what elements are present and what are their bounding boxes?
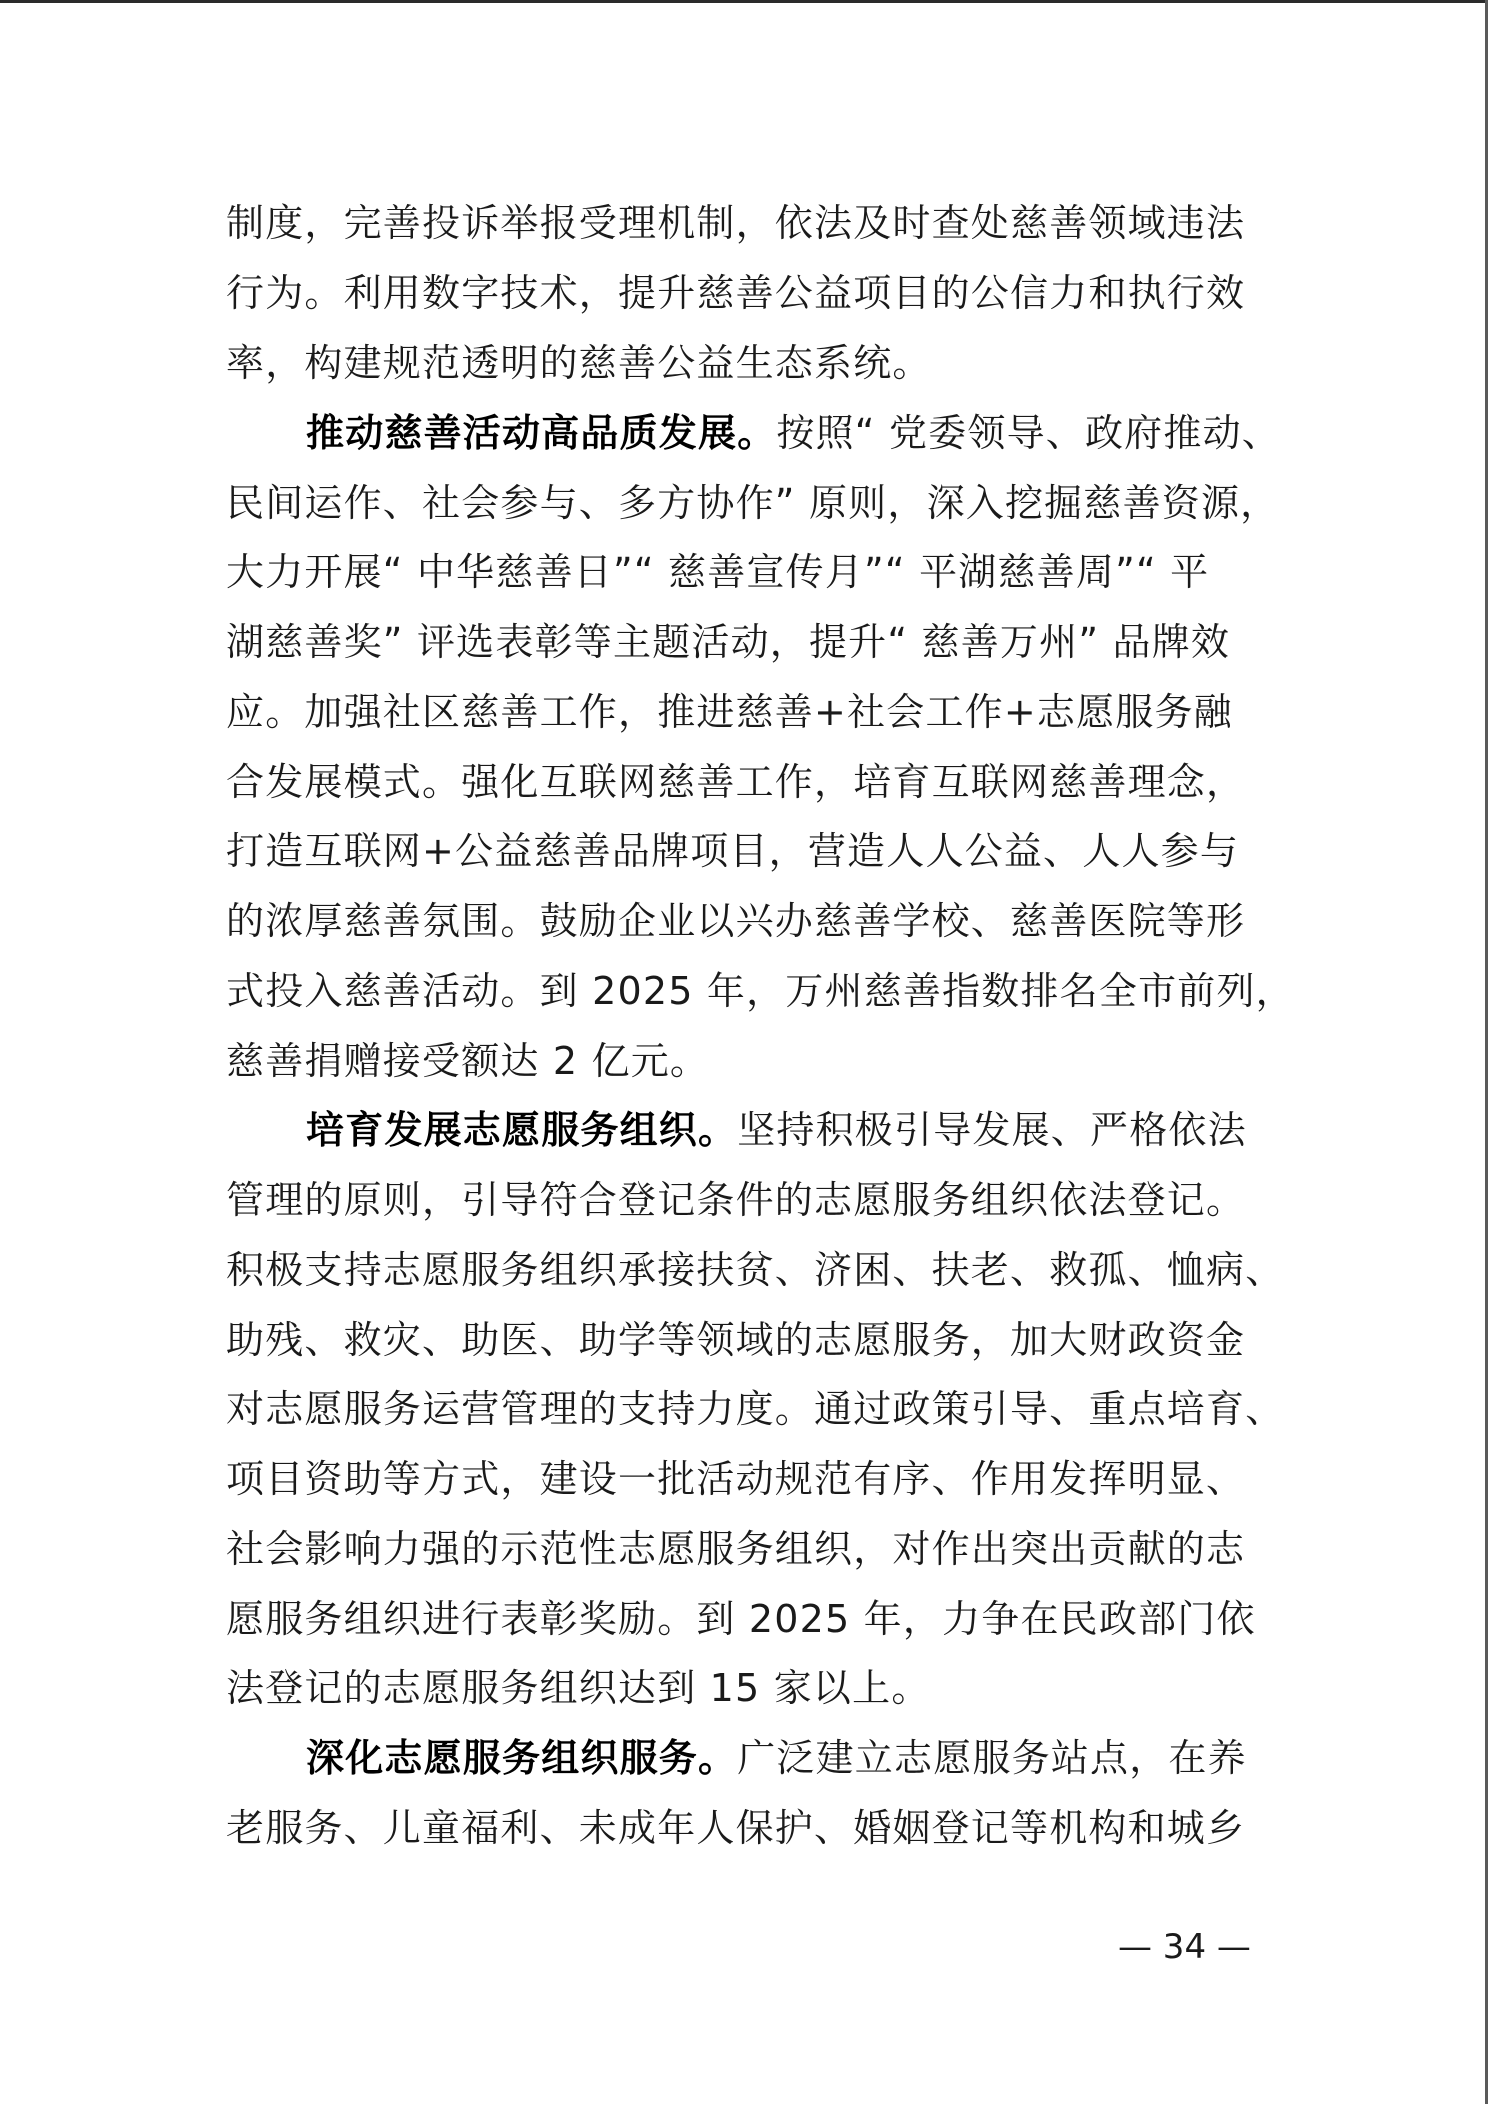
text-line: 式投入慈善活动。到 2025 年，万州慈善指数排名全市前列， [226, 956, 1306, 1026]
text-line: 项目资助等方式，建设一批活动规范有序、作用发挥明显、 [226, 1444, 1306, 1514]
text-line: 慈善捐赠接受额达 2 亿元。 [226, 1026, 1306, 1096]
paragraph-heading: 深化志愿服务组织服务。 [306, 1736, 737, 1780]
text-line: 积极支持志愿服务组织承接扶贫、济困、扶老、救孤、恤病、 [226, 1235, 1306, 1305]
document-page: 制度，完善投诉举报受理机制，依法及时查处慈善领域违法 行为。利用数字技术，提升慈… [0, 0, 1488, 2104]
text-line: 对志愿服务运营管理的支持力度。通过政策引导、重点培育、 [226, 1374, 1306, 1444]
paragraph-heading: 培育发展志愿服务组织。 [306, 1108, 737, 1152]
page-number: — 34 — [1118, 1922, 1251, 1972]
text-line: 老服务、儿童福利、未成年人保护、婚姻登记等机构和城乡 [226, 1793, 1306, 1863]
text-line: 管理的原则，引导符合登记条件的志愿服务组织依法登记。 [226, 1165, 1306, 1235]
paragraph-first-line: 深化志愿服务组织服务。广泛建立志愿服务站点，在养 [306, 1723, 1386, 1793]
text-line: 行为。利用数字技术，提升慈善公益项目的公信力和执行效 [226, 258, 1306, 328]
text-line: 民间运作、社会参与、多方协作” 原则，深入挖掘慈善资源， [226, 468, 1306, 538]
text-line: 率，构建规范透明的慈善公益生态系统。 [226, 328, 1306, 398]
text-line: 打造互联网+公益慈善品牌项目，营造人人公益、人人参与 [226, 816, 1306, 886]
text-line: 愿服务组织进行表彰奖励。到 2025 年，力争在民政部门依 [226, 1584, 1306, 1654]
text-line: 助残、救灾、助医、助学等领域的志愿服务，加大财政资金 [226, 1305, 1306, 1375]
text-line: 湖慈善奖” 评选表彰等主题活动，提升“ 慈善万州” 品牌效 [226, 607, 1306, 677]
paragraph-first-line: 培育发展志愿服务组织。坚持积极引导发展、严格依法 [306, 1095, 1386, 1165]
paragraph-heading: 推动慈善活动高品质发展。 [306, 411, 776, 455]
text-span: 广泛建立志愿服务站点，在养 [737, 1736, 1247, 1780]
text-line: 应。加强社区慈善工作，推进慈善+社会工作+志愿服务融 [226, 677, 1306, 747]
paragraph-first-line: 推动慈善活动高品质发展。按照“ 党委领导、政府推动、 [306, 398, 1386, 468]
text-line: 法登记的志愿服务组织达到 15 家以上。 [226, 1653, 1306, 1723]
text-span: 按照“ 党委领导、政府推动、 [776, 411, 1281, 455]
text-line: 的浓厚慈善氛围。鼓励企业以兴办慈善学校、慈善医院等形 [226, 886, 1306, 956]
text-line: 社会影响力强的示范性志愿服务组织，对作出突出贡献的志 [226, 1514, 1306, 1584]
text-line: 大力开展“ 中华慈善日”“ 慈善宣传月”“ 平湖慈善周”“ 平 [226, 537, 1306, 607]
text-span: 坚持积极引导发展、严格依法 [737, 1108, 1247, 1152]
text-line: 合发展模式。强化互联网慈善工作，培育互联网慈善理念， [226, 747, 1306, 817]
text-line: 制度，完善投诉举报受理机制，依法及时查处慈善领域违法 [226, 188, 1306, 258]
